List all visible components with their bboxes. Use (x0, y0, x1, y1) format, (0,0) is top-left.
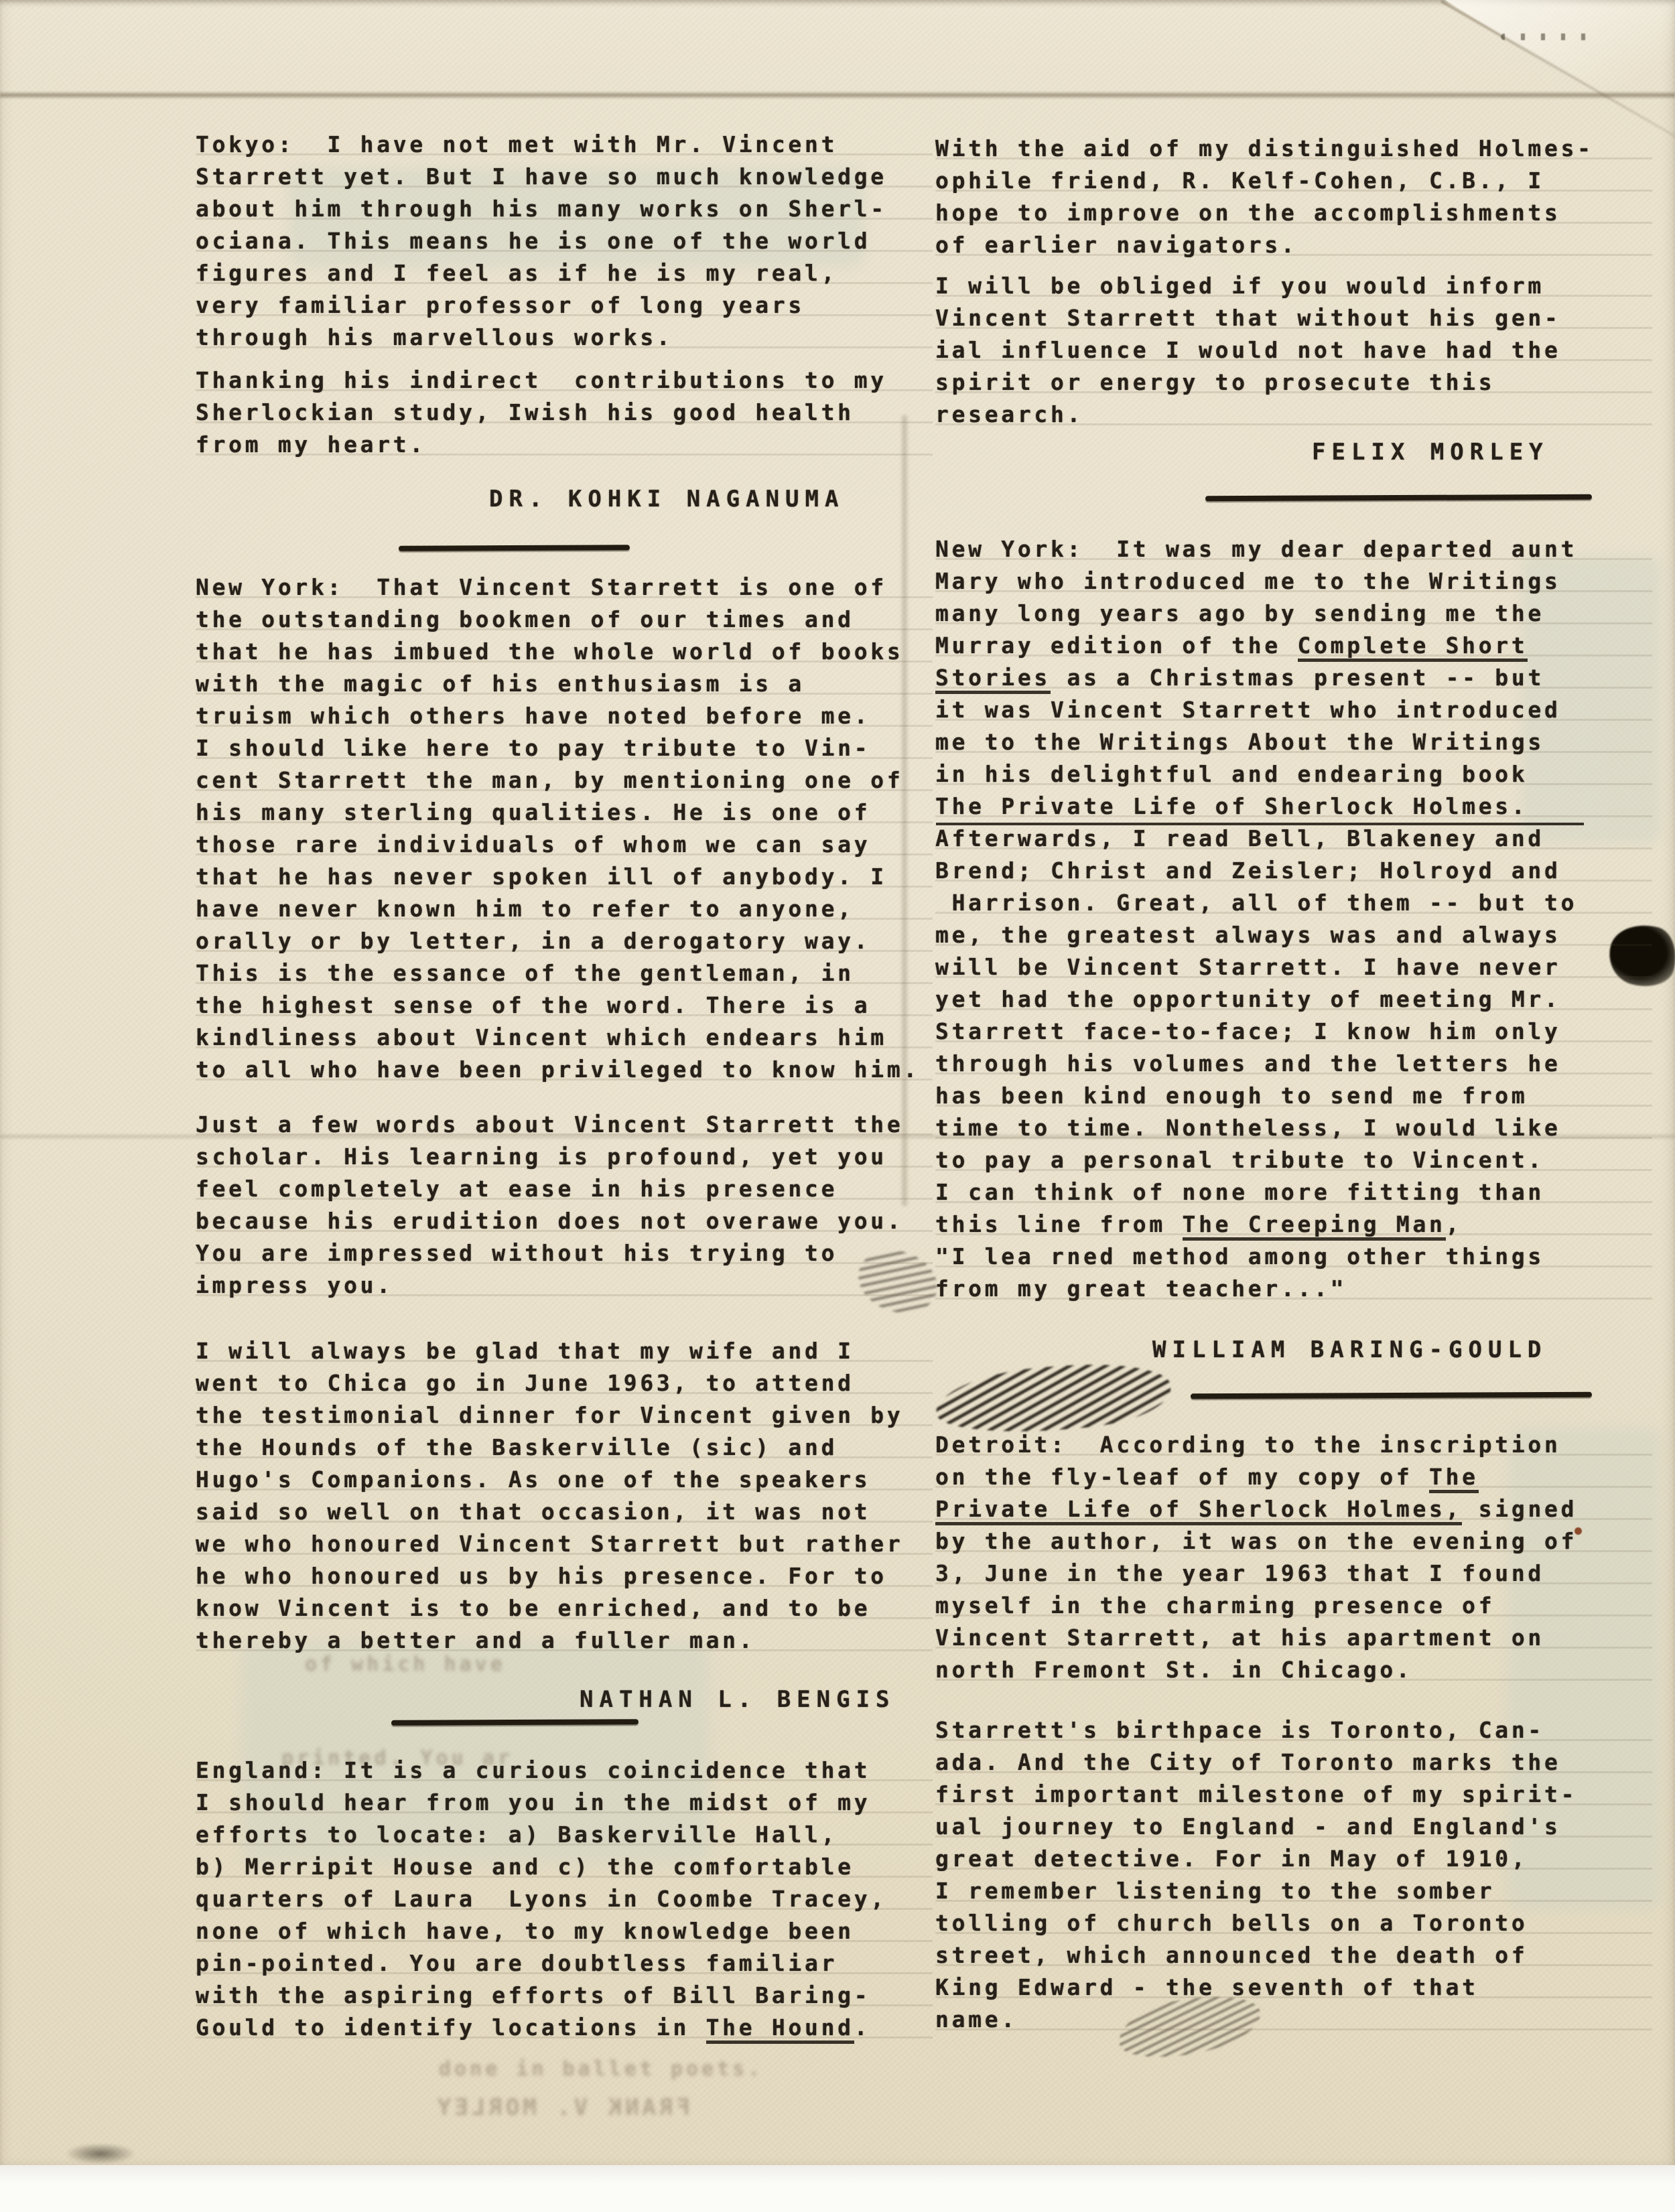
text-run: 3, June in the year 1963 that I found (935, 1560, 1544, 1586)
text-line: Starrett face-to-face; I know him only (935, 1016, 1652, 1048)
paragraph: Tokyo: I have not met with Mr. VincentSt… (196, 129, 933, 354)
text-line: Afterwards, I read Bell, Blakeney and (935, 823, 1652, 855)
signature: NATHAN L. BENGIS (196, 1683, 933, 1716)
text-run: will be Vincent Starrett. I have never (935, 954, 1561, 980)
text-run: orally or by letter, in a derogatory way… (196, 928, 870, 954)
signature: DR. KOHKI NAGANUMA (196, 483, 933, 515)
text-line: Harrison. Great, all of them -- but to (935, 887, 1652, 919)
text-run: time to time. Nontheless, I would like (935, 1115, 1561, 1141)
text-line: very familiar professor of long years (196, 289, 933, 322)
text-line: research. (935, 399, 1652, 431)
text-run: through his volumes and the letters he (935, 1050, 1561, 1077)
text-line: b) Merripit House and c) the comfortable (196, 1851, 933, 1883)
text-run: I can think of none more fitting than (935, 1179, 1544, 1205)
bleedthrough-text: FRANK V. MORLEY (402, 2095, 690, 2126)
column-left: Tokyo: I have not met with Mr. VincentSt… (196, 129, 933, 2044)
text-run: from my heart. (196, 431, 426, 458)
text-run: name. (935, 2006, 1018, 2032)
text-line: with the magic of his enthusiasm is a (196, 668, 933, 700)
text-run: You are impressed without his trying to (196, 1240, 837, 1266)
text-line: truism which others have noted before me… (196, 700, 933, 732)
text-line: I can think of none more fitting than (935, 1176, 1652, 1208)
text-run: figures and I feel as if he is my real, (196, 260, 837, 286)
text-line: me, the greatest always was and always (935, 919, 1652, 951)
section-divider (1205, 494, 1592, 502)
text-line: about him through his many works on Sher… (196, 193, 933, 225)
text-line: With the aid of my distinguished Holmes- (935, 133, 1652, 165)
text-run: Vincent Starrett that without his gen- (935, 305, 1561, 331)
text-run: the highest sense of the word. There is … (196, 992, 870, 1018)
text-run: ial influence I would not have had the (935, 337, 1561, 363)
text-line: yet had the opportunity of meeting Mr. (935, 983, 1652, 1016)
text-line: to pay a personal tribute to Vincent. (935, 1144, 1652, 1176)
text-run: impress you. (196, 1272, 393, 1298)
text-run: spirit or energy to prosecute this (935, 369, 1495, 395)
text-run: Sherlockian study, Iwish his good health (196, 399, 854, 425)
text-line: through his marvellous works. (196, 322, 933, 354)
text-run: Vincent Starrett, at his apartment on (935, 1625, 1544, 1651)
text-line: Brend; Christ and Zeisler; Holroyd and (935, 855, 1652, 887)
paper-sheet: of which haveprinted. You ardone in ball… (0, 0, 1675, 2165)
text-line: ial influence I would not have had the (935, 334, 1652, 366)
text-run: we who honoured Vincent Starrett but rat… (196, 1531, 903, 1557)
text-run: I will be obliged if you would inform (935, 273, 1544, 299)
text-line: impress you. (196, 1269, 933, 1302)
text-run: Harrison. Great, all of them -- but to (935, 890, 1577, 916)
text-line: Gould to identify locations in The Hound… (196, 2012, 933, 2044)
text-line: that he has never spoken ill of anybody.… (196, 861, 933, 893)
text-run: England: It is a curious coincidence tha… (196, 1757, 870, 1783)
text-run: that he has never spoken ill of anybody.… (196, 863, 887, 890)
text-run: thereby a better and a fuller man. (196, 1627, 755, 1653)
text-line: the highest sense of the word. There is … (196, 989, 933, 1022)
text-run: me to the Writings About the Writings (935, 729, 1544, 755)
text-run: many long years ago by sending me the (935, 600, 1544, 626)
text-run: b) Merripit House and c) the comfortable (196, 1854, 854, 1880)
text-run: about him through his many works on Sher… (196, 196, 887, 222)
text-line: to all who have been privileged to know … (196, 1054, 933, 1086)
text-line: Murray edition of the Complete Short (935, 630, 1652, 662)
text-run: . (854, 2014, 871, 2041)
text-run: me, the greatest always was and always (935, 922, 1561, 948)
text-run: north Fremont St. in Chicago. (935, 1657, 1412, 1683)
text-run: through his marvellous works. (196, 324, 673, 350)
text-line: in his delightful and endearing book (935, 758, 1652, 790)
text-line: me to the Writings About the Writings (935, 726, 1652, 758)
signature: WILLIAM BARING-GOULD (935, 1334, 1652, 1366)
underlined-text-run: Stories (935, 665, 1051, 694)
text-run: Starrett face-to-face; I know him only (935, 1018, 1561, 1044)
text-run: hope to improve on the accomplishments (935, 200, 1561, 226)
text-line: I will always be glad that my wife and I (196, 1335, 933, 1367)
text-line: I should hear from you in the midst of m… (196, 1787, 933, 1819)
text-run: the testimonial dinner for Vincent given… (196, 1402, 903, 1428)
text-run: those rare individuals of whom we can sa… (196, 831, 870, 857)
text-line: ada. And the City of Toronto marks the (935, 1746, 1652, 1779)
text-run: efforts to locate: a) Baskerville Hall, (196, 1821, 837, 1848)
text-run: this line from (935, 1211, 1183, 1237)
text-line: none of which have, to my knowledge been (196, 1915, 933, 1947)
text-line: pin-pointed. You are doubtless familiar (196, 1947, 933, 1980)
text-line: Just a few words about Vincent Starrett … (196, 1109, 933, 1141)
text-run: , (1446, 1211, 1463, 1237)
paragraph: Thanking his indirect contributions to m… (196, 364, 933, 461)
text-run: ual journey to England - and England's (935, 1813, 1561, 1840)
text-run: the outstanding bookmen of our times and (196, 606, 854, 632)
text-run: New York: That Vincent Starrett is one o… (196, 574, 887, 600)
bleedthrough-text: done in ballet poets. (439, 2058, 727, 2085)
text-line: from my heart. (196, 429, 933, 461)
text-line: that he has imbued the whole world of bo… (196, 636, 933, 668)
speck-row (1501, 33, 1595, 40)
text-run: Mary who introduced me to the Writings (935, 568, 1561, 594)
text-line: because his erudition does not overawe y… (196, 1205, 933, 1237)
text-line: spirit or energy to prosecute this (935, 366, 1652, 399)
text-run: has been kind enough to send me from (935, 1083, 1528, 1109)
text-run: have never known him to refer to anyone, (196, 896, 854, 922)
text-line: I should like here to pay tribute to Vin… (196, 732, 933, 764)
edge-smudge (67, 2144, 134, 2164)
text-run: I remember listening to the somber (935, 1878, 1495, 1904)
text-line: I will be obliged if you would inform (935, 270, 1652, 302)
text-run: New York: It was my dear departed aunt (935, 536, 1577, 562)
text-run: feel completely at ease in his presence (196, 1176, 837, 1202)
text-line: I remember listening to the somber (935, 1875, 1652, 1907)
text-line: of earlier navigators. (935, 229, 1652, 261)
text-run: went to Chica go in June 1963, to attend (196, 1370, 854, 1396)
text-run: great detective. For in May of 1910, (935, 1846, 1528, 1872)
text-run: scholar. His learning is profound, yet y… (196, 1144, 887, 1170)
text-line: hope to improve on the accomplishments (935, 197, 1652, 229)
text-line: time to time. Nontheless, I would like (935, 1112, 1652, 1144)
text-run: Tokyo: I have not met with Mr. Vincent (196, 131, 837, 157)
text-run: Brend; Christ and Zeisler; Holroyd and (935, 857, 1561, 884)
text-line: Stories as a Christmas present -- but (935, 662, 1652, 694)
text-run: as a Christmas present -- but (1051, 665, 1544, 691)
text-run: said so well on that occasion, it was no… (196, 1499, 870, 1525)
text-run: to pay a personal tribute to Vincent. (935, 1147, 1544, 1173)
diagonal-fold-crease (1440, 0, 1675, 146)
text-run: none of which have, to my knowledge been (196, 1918, 854, 1944)
text-line: first important milestone of my spirit- (935, 1779, 1652, 1811)
text-run: it was Vincent Starrett who introduced (935, 697, 1561, 723)
text-run: tolling of church bells on a Toronto (935, 1910, 1528, 1936)
text-line: with the aspiring efforts of Bill Baring… (196, 1980, 933, 2012)
text-line: kindliness about Vincent which endears h… (196, 1022, 933, 1054)
text-line: 3, June in the year 1963 that I found (935, 1558, 1652, 1590)
scanner-background (0, 2165, 1675, 2212)
paragraph: I will be obliged if you would informVin… (935, 270, 1652, 431)
text-run: in his delightful and endearing book (935, 761, 1528, 787)
text-line: ophile friend, R. Kelf-Cohen, C.B., I (935, 165, 1652, 197)
text-run: that he has imbued the whole world of bo… (196, 638, 903, 665)
text-line: Vincent Starrett, at his apartment on (935, 1622, 1652, 1654)
text-run: very familiar professor of long years (196, 292, 805, 318)
text-run: street, which announced the death of (935, 1942, 1528, 1968)
underlined-text-run: The Hound (706, 2014, 854, 2044)
text-line: we who honoured Vincent Starrett but rat… (196, 1528, 933, 1560)
text-run: I should hear from you in the midst of m… (196, 1789, 870, 1815)
text-run: King Edward - the seventh of that (935, 1974, 1479, 2000)
text-run: cent Starrett the man, by mentioning one… (196, 767, 903, 793)
text-run: first important milestone of my spirit- (935, 1781, 1577, 1807)
text-line: the outstanding bookmen of our times and (196, 604, 933, 636)
text-run: on the fly-leaf of my copy of (935, 1464, 1429, 1490)
text-run: Starrett yet. But I have so much knowled… (196, 163, 887, 190)
text-line: have never known him to refer to anyone, (196, 893, 933, 925)
text-line: orally or by letter, in a derogatory way… (196, 925, 933, 957)
text-line: know Vincent is to be enriched, and to b… (196, 1592, 933, 1625)
text-line: You are impressed without his trying to (196, 1237, 933, 1269)
text-line: quarters of Laura Lyons in Coombe Tracey… (196, 1883, 933, 1915)
text-line: Vincent Starrett that without his gen- (935, 302, 1652, 334)
underlined-text-run: Private Life of Sherlock Holmes, (935, 1496, 1462, 1525)
text-run: quarters of Laura Lyons in Coombe Tracey… (196, 1886, 887, 1912)
underlined-text-run: The Creeping Man (1183, 1211, 1446, 1241)
text-line: great detective. For in May of 1910, (935, 1843, 1652, 1875)
text-line: from my great teacher..." (935, 1273, 1652, 1305)
text-line: Private Life of Sherlock Holmes, signed (935, 1493, 1652, 1525)
text-line: thereby a better and a fuller man. (196, 1625, 933, 1657)
text-line: will be Vincent Starrett. I have never (935, 951, 1652, 983)
text-run: with the magic of his enthusiasm is a (196, 671, 805, 697)
text-run: Gould to identify locations in (196, 2014, 706, 2041)
text-line: Detroit: According to the inscription (935, 1429, 1652, 1461)
text-line: street, which announced the death of (935, 1939, 1652, 1972)
text-line: Starrett yet. But I have so much knowled… (196, 161, 933, 193)
text-line: on the fly-leaf of my copy of The (935, 1461, 1652, 1493)
text-line: The Private Life of Sherlock Holmes. (935, 790, 1585, 823)
text-run: "I lea rned method among other things (935, 1243, 1544, 1269)
text-line: figures and I feel as if he is my real, (196, 257, 933, 289)
text-line: those rare individuals of whom we can sa… (196, 829, 933, 861)
text-run: Murray edition of the (935, 632, 1298, 659)
text-line: said so well on that occasion, it was no… (196, 1496, 933, 1528)
text-run: I should like here to pay tribute to Vin… (196, 735, 870, 761)
text-line: it was Vincent Starrett who introduced (935, 694, 1652, 726)
paragraph: With the aid of my distinguished Holmes-… (935, 133, 1652, 261)
text-line: feel completely at ease in his presence (196, 1173, 933, 1205)
paragraph: England: It is a curious coincidence tha… (196, 1754, 933, 2044)
text-run: Afterwards, I read Bell, Blakeney and (935, 825, 1544, 851)
text-run: With the aid of my distinguished Holmes- (935, 135, 1594, 161)
text-line: his many sterling qualities. He is one o… (196, 797, 933, 829)
horizontal-fold-crease (0, 91, 1675, 99)
text-run: of earlier navigators. (935, 232, 1298, 258)
text-line: Hugo's Companions. As one of the speaker… (196, 1464, 933, 1496)
text-line: has been kind enough to send me from (935, 1080, 1652, 1112)
text-run: This is the essance of the gentleman, in (196, 960, 854, 986)
text-run: I will always be glad that my wife and I (196, 1338, 854, 1364)
text-run: myself in the charming presence of (935, 1592, 1495, 1618)
text-line: went to Chica go in June 1963, to attend (196, 1367, 933, 1399)
text-run: Thanking his indirect contributions to m… (196, 367, 887, 393)
text-run: because his erudition does not overawe y… (196, 1208, 903, 1234)
text-line: New York: It was my dear departed aunt (935, 533, 1652, 565)
text-run: ada. And the City of Toronto marks the (935, 1749, 1561, 1775)
text-run: Starrett's birthpace is Toronto, Can- (935, 1717, 1544, 1743)
text-line: This is the essance of the gentleman, in (196, 957, 933, 989)
text-run: kindliness about Vincent which endears h… (196, 1024, 887, 1050)
text-line: through his volumes and the letters he (935, 1048, 1652, 1080)
text-line: many long years ago by sending me the (935, 598, 1652, 630)
text-line: King Edward - the seventh of that (935, 1972, 1652, 2004)
text-run: with the aspiring efforts of Bill Baring… (196, 1982, 870, 2008)
text-line: name. (935, 2004, 1652, 2036)
text-line: "I lea rned method among other things (935, 1241, 1652, 1273)
text-run: yet had the opportunity of meeting Mr. (935, 986, 1561, 1012)
text-run: Hugo's Companions. As one of the speaker… (196, 1466, 870, 1493)
text-run: he who honoured us by his presence. For … (196, 1563, 887, 1589)
folded-corner (1440, 0, 1675, 144)
text-run: ophile friend, R. Kelf-Cohen, C.B., I (935, 167, 1544, 194)
text-run: research. (935, 401, 1083, 427)
text-run: The Private Life of Sherlock Holmes. (935, 793, 1528, 819)
text-run: to all who have been privileged to know … (196, 1056, 920, 1083)
text-line: Starrett's birthpace is Toronto, Can- (935, 1714, 1652, 1746)
paragraph: New York: It was my dear departed auntMa… (935, 533, 1652, 1305)
text-line: the Hounds of the Baskerville (sic) and (196, 1432, 933, 1464)
text-line: efforts to locate: a) Baskerville Hall, (196, 1819, 933, 1851)
section-divider (1191, 1392, 1592, 1399)
text-run: from my great teacher..." (935, 1275, 1347, 1302)
paragraph: I will always be glad that my wife and I… (196, 1335, 933, 1657)
text-line: England: It is a curious coincidence tha… (196, 1754, 933, 1787)
paragraph: Starrett's birthpace is Toronto, Can-ada… (935, 1714, 1652, 2036)
text-line: myself in the charming presence of (935, 1590, 1652, 1622)
text-run: his many sterling qualities. He is one o… (196, 799, 870, 825)
text-line: Mary who introduced me to the Writings (935, 565, 1652, 598)
text-line: ociana. This means he is one of the worl… (196, 225, 933, 257)
section-divider (391, 1719, 639, 1726)
text-run: know Vincent is to be enriched, and to b… (196, 1595, 870, 1621)
text-run: signed (1462, 1496, 1577, 1522)
column-right: With the aid of my distinguished Holmes-… (935, 133, 1652, 2036)
text-line: Tokyo: I have not met with Mr. Vincent (196, 129, 933, 161)
text-run: pin-pointed. You are doubtless familiar (196, 1950, 837, 1976)
text-line: scholar. His learning is profound, yet y… (196, 1141, 933, 1173)
paragraph: New York: That Vincent Starrett is one o… (196, 571, 933, 1086)
text-line: tolling of church bells on a Toronto (935, 1907, 1652, 1939)
text-line: north Fremont St. in Chicago. (935, 1654, 1652, 1686)
signature: FELIX MORLEY (935, 436, 1652, 468)
text-line: New York: That Vincent Starrett is one o… (196, 571, 933, 604)
section-divider (399, 545, 630, 551)
text-line: he who honoured us by his presence. For … (196, 1560, 933, 1592)
underlined-text-run: The (1429, 1464, 1479, 1493)
paragraph: Just a few words about Vincent Starrett … (196, 1109, 933, 1302)
paragraph: Detroit: According to the inscriptionon … (935, 1429, 1652, 1686)
text-line: cent Starrett the man, by mentioning one… (196, 764, 933, 797)
text-line: by the author, it was on the evening of (935, 1525, 1652, 1558)
text-run: the Hounds of the Baskerville (sic) and (196, 1434, 837, 1460)
text-run: by the author, it was on the evening of (935, 1528, 1577, 1554)
text-line: Thanking his indirect contributions to m… (196, 364, 933, 397)
text-line: Sherlockian study, Iwish his good health (196, 397, 933, 429)
text-run: truism which others have noted before me… (196, 703, 870, 729)
text-run: ociana. This means he is one of the worl… (196, 228, 870, 254)
text-line: ual journey to England - and England's (935, 1811, 1652, 1843)
text-line: this line from The Creeping Man, (935, 1208, 1652, 1241)
underlined-text-run: Complete Short (1298, 632, 1528, 662)
text-run: Detroit: According to the inscription (935, 1432, 1561, 1458)
text-run: Just a few words about Vincent Starrett … (196, 1111, 903, 1137)
text-line: the testimonial dinner for Vincent given… (196, 1399, 933, 1432)
